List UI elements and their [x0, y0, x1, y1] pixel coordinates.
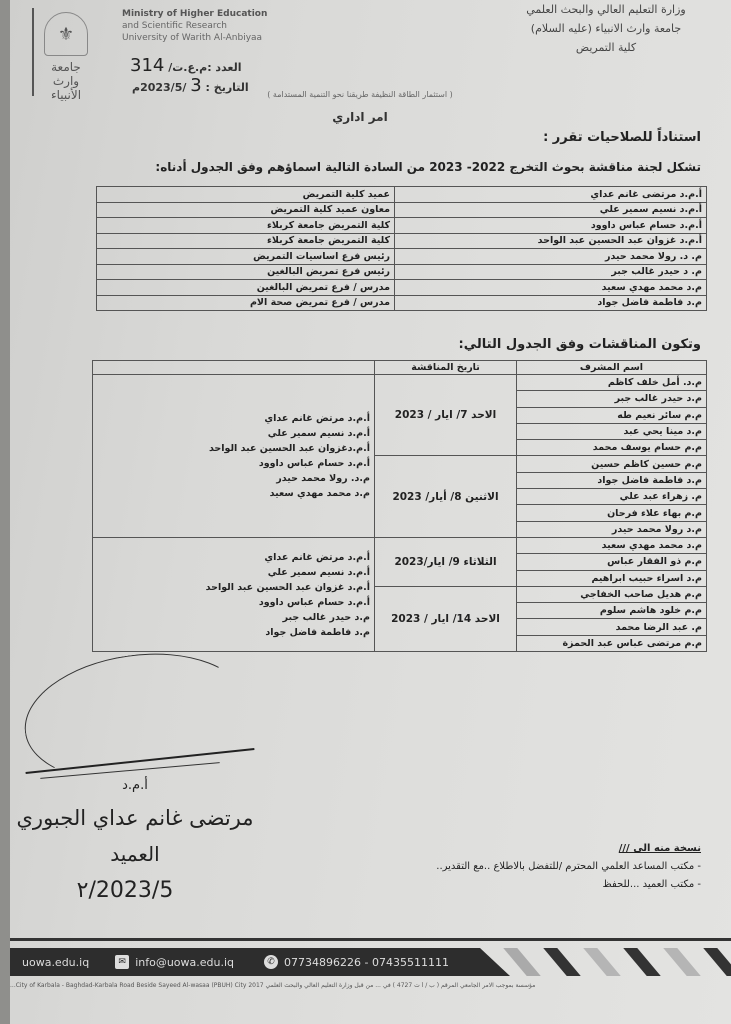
ministry-line-ar: وزارة التعليم العالي والبحث العلمي: [491, 0, 721, 19]
member-role: كلية التمريض جامعة كربلاء: [97, 233, 395, 249]
university-logo: ⚜ جامعة وارث الأنبياء: [32, 8, 90, 96]
member-name: أ.م.د نسيم سمير علي: [395, 202, 707, 218]
table-row: م. د. رولا محمد حيدررئيس فرع اساسيات الت…: [97, 249, 707, 265]
discussion-date: الاحد 7/ ايار / 2023: [375, 375, 517, 456]
schedule-table: اسم المشرف تاريخ المناقشة م.د. أمل خلف ك…: [92, 360, 707, 652]
supervisor-name: م.د رولا محمد حيدر: [517, 521, 707, 537]
signature-date: 2023/5/٢: [0, 878, 250, 903]
supervisor-name: م.م ذو الفقار عباس: [517, 554, 707, 570]
slogan: ( استثمار الطاقة النظيفة طريقنا نحو التن…: [210, 90, 510, 99]
supervisor-name: م.د مينا يحي عبد: [517, 423, 707, 439]
member-role: معاون عميد كلية التمريض: [97, 202, 395, 218]
supervisor-name: م.د محمد مهدي سعيد: [517, 537, 707, 553]
copies-to: نسخة منه الى /// - مكتب المساعد العلمي ا…: [436, 840, 701, 894]
supervisor-name: م.د اسراء حبيب ابراهيم: [517, 570, 707, 586]
member-role: كلية التمريض جامعة كربلاء: [97, 218, 395, 234]
arabic-header: وزارة التعليم العالي والبحث العلمي جامعة…: [491, 0, 721, 57]
member-role: مدرس / فرع تمريض صحة الام: [97, 295, 395, 311]
member-role: رئيس فرع تمريض البالغين: [97, 264, 395, 280]
committee-member: أ.م.دغزوان عبد الحسين عبد الواحد: [113, 441, 370, 456]
copy-recipient: - مكتب المساعد العلمي المحترم /للتفضل با…: [436, 858, 701, 876]
supervisor-name: م.م سائر نعيم طه: [517, 407, 707, 423]
university-emblem-icon: ⚜: [44, 12, 88, 56]
table-row: م.د فاطمة فاضل جوادمدرس / فرع تمريض صحة …: [97, 295, 707, 311]
email-text: info@uowa.edu.iq: [135, 956, 234, 969]
member-name: م.د فاطمة فاضل جواد: [395, 295, 707, 311]
supervisor-name: م.م حسين كاظم حسين: [517, 456, 707, 472]
supervisor-name: م.م مرتضى عباس عبد الحمزة: [517, 635, 707, 651]
table-row: م. د حيدر غالب جبررئيس فرع تمريض البالغي…: [97, 264, 707, 280]
website-text: uowa.edu.iq: [22, 956, 89, 969]
supervisor-name: م.م حسام يوسف محمد: [517, 440, 707, 456]
discussion-committee-2: أ.م.د مرتض غانم عداي أ.م.د نسيم سمير علي…: [93, 537, 375, 651]
schedule-intro: وتكون المناقشات وفق الجدول التالي:: [459, 337, 701, 352]
logo-text: جامعة وارث الأنبياء: [40, 60, 92, 102]
committee-member: أ.م.د حسام عباس داوود: [113, 595, 370, 610]
member-role: عميد كلية التمريض: [97, 187, 395, 203]
phone-text: 07734896226 - 07435511111: [284, 956, 449, 969]
committee-member: م.د محمد مهدي سعيد: [113, 486, 370, 501]
table-row: م.د محمد مهدي سعيد الثلاثاء 9/ ايار/2023…: [93, 537, 707, 553]
supervisor-name: م. عبد الرضا محمد: [517, 619, 707, 635]
supervisor-name: م.م بهاء علاء فرحان: [517, 505, 707, 521]
table-row: م.د. أمل خلف كاظم الاحد 7/ ايار / 2023 أ…: [93, 375, 707, 391]
discussion-date: الاثنين 8/ أيار/ 2023: [375, 456, 517, 537]
committee-member: م.د فاطمة فاضل جواد: [113, 625, 370, 640]
research-line-en: and Scientific Research: [122, 20, 267, 32]
university-line-en: University of Warith Al-Anbiyaa: [122, 32, 267, 44]
member-name: م. د. رولا محمد حيدر: [395, 249, 707, 265]
table-row: أ.م.د مرتضى غانم عدايعميد كلية التمريض: [97, 187, 707, 203]
member-name: أ.م.د مرتضى غانم عداي: [395, 187, 707, 203]
footer-contact-bar: uowa.edu.iq ✉ info@uowa.edu.iq ✆ 0773489…: [10, 948, 510, 976]
table-row: أ.م.د نسيم سمير عليمعاون عميد كلية التمر…: [97, 202, 707, 218]
copy-recipient: - مكتب العميد ...للحفظ: [436, 876, 701, 894]
phone-icon: ✆: [264, 955, 278, 969]
member-name: م. د حيدر غالب جبر: [395, 264, 707, 280]
committee-member: أ.م.د غزوان عبد الحسين عبد الواحد: [113, 580, 370, 595]
footer-website[interactable]: uowa.edu.iq: [22, 956, 89, 969]
discussion-date: الثلاثاء 9/ ايار/2023: [375, 537, 517, 586]
university-line-ar: جامعة وارث الانبياء (عليه السلام): [491, 19, 721, 38]
english-header: Ministry of Higher Education and Scienti…: [122, 8, 267, 44]
committee-member: أ.م.د مرتض غانم عداي: [113, 411, 370, 426]
footer-rule: [10, 938, 731, 941]
signatory-name: مرتضى غانم عداي الجبوري: [10, 806, 260, 830]
committee-member: أ.م.د نسيم سمير علي: [113, 426, 370, 441]
committee-member: م.د حيدر غالب جبر: [113, 610, 370, 625]
member-role: رئيس فرع اساسيات التمريض: [97, 249, 395, 265]
ref-label: العدد :م.ع.ت/: [168, 61, 241, 74]
authority-intro: استناداً للصلاحيات تقرر :: [543, 130, 701, 145]
committee-member: م.د. رولا محمد حيدر: [113, 471, 370, 486]
header-committee: [93, 361, 375, 375]
envelope-icon: ✉: [115, 955, 129, 969]
supervisor-name: م. زهراء عبد علي: [517, 489, 707, 505]
table-row: م.د محمد مهدي سعيدمدرس / فرع تمريض البال…: [97, 280, 707, 296]
supervisor-name: م.د. أمل خلف كاظم: [517, 375, 707, 391]
footer-email[interactable]: ✉ info@uowa.edu.iq: [115, 955, 234, 969]
committee-member: أ.م.د حسام عباس داوود: [113, 456, 370, 471]
copies-heading: نسخة منه الى ///: [436, 840, 701, 858]
signatory-title: العميد: [10, 842, 260, 866]
signature-scribble: [16, 640, 256, 795]
footer-address: ...City of Karbala - Baghdad-Karbala Roa…: [10, 982, 730, 989]
document-page: ⚜ جامعة وارث الأنبياء Ministry of Higher…: [10, 0, 731, 1024]
document-title: امر اداري: [300, 110, 420, 124]
supervisor-name: م.د فاطمة فاضل جواد: [517, 472, 707, 488]
signatory-rank: أ.م.د: [10, 778, 260, 793]
supervisor-name: م.م خلود هاشم سلوم: [517, 603, 707, 619]
table-header-row: اسم المشرف تاريخ المناقشة: [93, 361, 707, 375]
reference-number: العدد :م.ع.ت/ 314: [130, 55, 242, 76]
ref-number-handwritten: 314: [130, 55, 164, 76]
member-name: أ.م.د حسام عباس داوود: [395, 218, 707, 234]
table-row: أ.م.د غزوان عبد الحسين عبد الواحدكلية ال…: [97, 233, 707, 249]
ministry-line-en: Ministry of Higher Education: [122, 8, 267, 20]
page-edge-shadow: [0, 0, 10, 1024]
member-name: م.د محمد مهدي سعيد: [395, 280, 707, 296]
committee-table: أ.م.د مرتضى غانم عدايعميد كلية التمريض أ…: [96, 186, 707, 311]
member-name: أ.م.د غزوان عبد الحسين عبد الواحد: [395, 233, 707, 249]
supervisor-name: م.م هديل صاحب الخفاجي: [517, 586, 707, 602]
discussion-committee-1: أ.م.د مرتض غانم عداي أ.م.د نسيم سمير علي…: [93, 375, 375, 538]
header-supervisor: اسم المشرف: [517, 361, 707, 375]
table-row: أ.م.د حسام عباس داوودكلية التمريض جامعة …: [97, 218, 707, 234]
header-date: تاريخ المناقشة: [375, 361, 517, 375]
member-role: مدرس / فرع تمريض البالغين: [97, 280, 395, 296]
committee-member: أ.م.د نسيم سمير علي: [113, 565, 370, 580]
footer-phone[interactable]: ✆ 07734896226 - 07435511111: [264, 955, 449, 969]
committee-member: أ.م.د مرتض غانم عداي: [113, 550, 370, 565]
discussion-date: الاحد 14/ ايار / 2023: [375, 586, 517, 651]
committee-intro: تشكل لجنة مناقشة بحوث التخرج 2022- 2023 …: [155, 160, 701, 174]
college-line-ar: كلية التمريض: [491, 38, 721, 57]
date-day-handwritten: 3: [190, 75, 201, 96]
date-rest: /2023/5م: [132, 81, 186, 94]
supervisor-name: م.د حيدر غالب جبر: [517, 391, 707, 407]
